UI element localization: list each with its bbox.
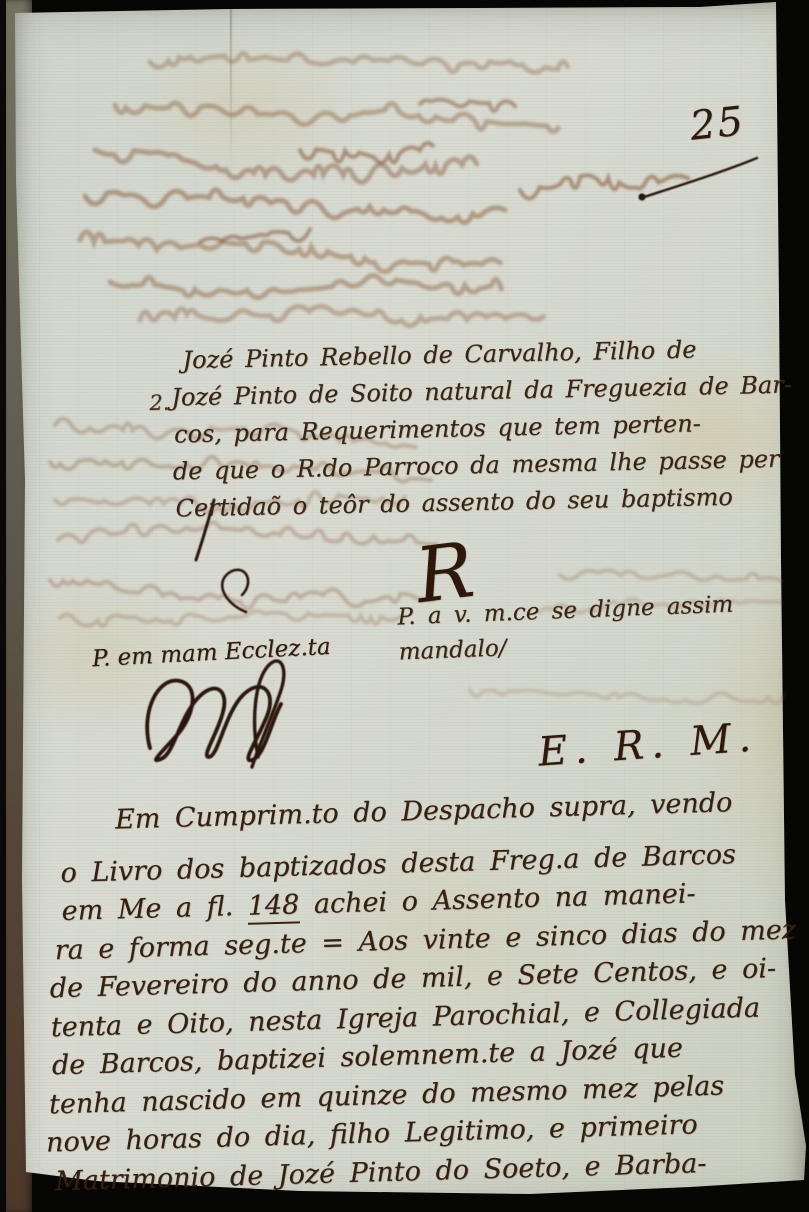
- prayer-clause: P. a v. m.ce se digne assim mandalo/: [397, 588, 735, 671]
- underlined-folio-ref: 148: [247, 889, 299, 924]
- margin-mark: 2.: [149, 385, 170, 422]
- paper-crease: [230, 8, 232, 176]
- photo-backdrop: 25 2. Jozé Pinto Rebello de Carvalho, Fi…: [0, 0, 809, 1212]
- petition-paragraph: 2. Jozé Pinto Rebello de Carvalho, Filho…: [170, 330, 794, 528]
- certificate-paragraph: Em Cumprim.to do Despacho supra, vendoo …: [37, 783, 803, 1202]
- folio-number: 25: [688, 98, 747, 149]
